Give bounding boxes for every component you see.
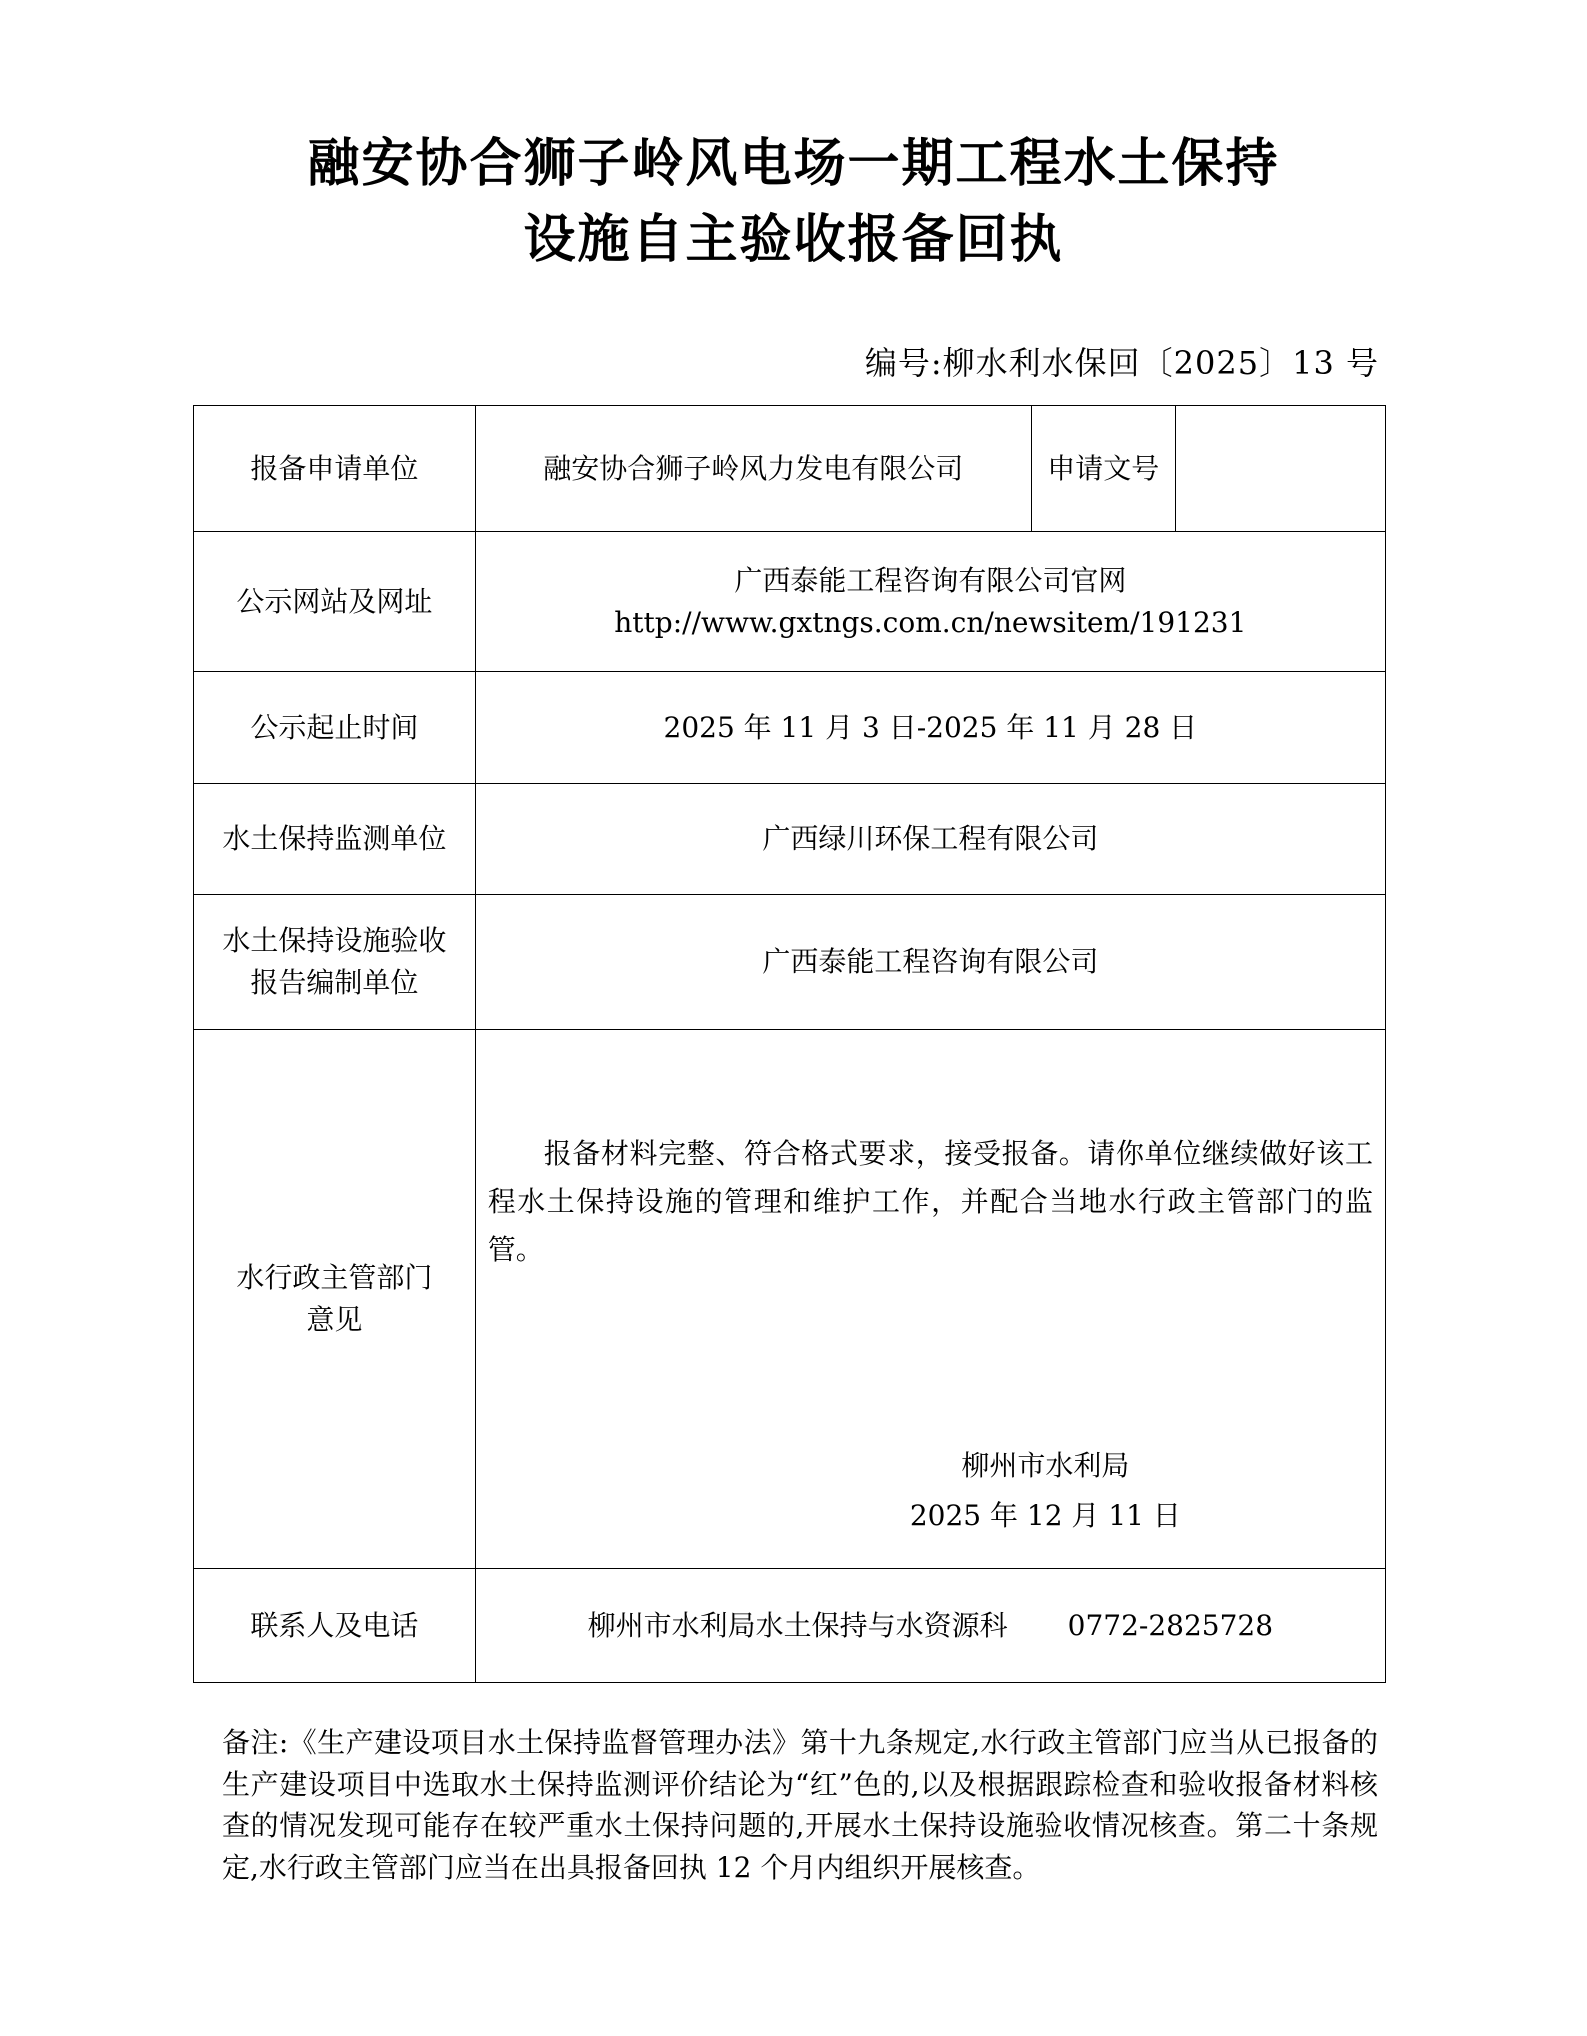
label-line: 意见 — [204, 1299, 465, 1341]
document-number: 编号:柳水利水保回〔2025〕13 号 — [865, 338, 1379, 384]
value-report-compiler: 广西泰能工程咨询有限公司 — [475, 895, 1385, 1030]
sign-date: 2025 年 12 月 11 日 — [476, 1495, 1385, 1537]
value-public-website: 广西泰能工程咨询有限公司官网 http://www.gxtngs.com.cn/… — [475, 532, 1385, 672]
label-public-website: 公示网站及网址 — [194, 532, 476, 672]
opinion-text: 报备材料完整、符合格式要求，接受报备。请你单位继续做好该工程水土保持设施的管理和… — [488, 1130, 1373, 1274]
label-publicity-period: 公示起止时间 — [194, 672, 476, 784]
remark-note: 备注:《生产建设项目水土保持监督管理办法》第十九条规定,水行政主管部门应当从已报… — [222, 1722, 1378, 1888]
table-row-publicity-period: 公示起止时间 2025 年 11 月 3 日-2025 年 11 月 28 日 — [194, 672, 1386, 784]
signer: 柳州市水利局 — [476, 1445, 1385, 1487]
table-row-website: 公示网站及网址 广西泰能工程咨询有限公司官网 http://www.gxtngs… — [194, 532, 1386, 672]
table-row-opinion: 水行政主管部门 意见 报备材料完整、符合格式要求，接受报备。请你单位继续做好该工… — [194, 1030, 1386, 1569]
label-monitoring-unit: 水土保持监测单位 — [194, 784, 476, 895]
website-url[interactable]: http://www.gxtngs.com.cn/newsitem/191231 — [486, 602, 1375, 644]
table-row-monitoring-unit: 水土保持监测单位 广西绿川环保工程有限公司 — [194, 784, 1386, 895]
label-contact: 联系人及电话 — [194, 1569, 476, 1683]
value-monitoring-unit: 广西绿川环保工程有限公司 — [475, 784, 1385, 895]
filing-receipt-table: 报备申请单位 融安协合狮子岭风力发电有限公司 申请文号 公示网站及网址 广西泰能… — [193, 405, 1386, 1683]
table-row-applicant: 报备申请单位 融安协合狮子岭风力发电有限公司 申请文号 — [194, 406, 1386, 532]
label-application-doc-no: 申请文号 — [1031, 406, 1175, 532]
value-publicity-period: 2025 年 11 月 3 日-2025 年 11 月 28 日 — [475, 672, 1385, 784]
label-line: 水土保持设施验收 — [204, 920, 465, 962]
value-application-doc-no — [1175, 406, 1385, 532]
label-authority-opinion: 水行政主管部门 意见 — [194, 1030, 476, 1569]
value-authority-opinion: 报备材料完整、符合格式要求，接受报备。请你单位继续做好该工程水土保持设施的管理和… — [475, 1030, 1385, 1569]
contact-phone: 0772-2825728 — [1068, 1609, 1273, 1642]
label-applicant-unit: 报备申请单位 — [194, 406, 476, 532]
table-row-contact: 联系人及电话 柳州市水利局水土保持与水资源科0772-2825728 — [194, 1569, 1386, 1683]
value-applicant-unit: 融安协合狮子岭风力发电有限公司 — [475, 406, 1031, 532]
value-contact: 柳州市水利局水土保持与水资源科0772-2825728 — [475, 1569, 1385, 1683]
label-line: 报告编制单位 — [204, 962, 465, 1004]
document-title-line1: 融安协合狮子岭风电场一期工程水土保持 — [0, 134, 1587, 194]
label-line: 水行政主管部门 — [204, 1257, 465, 1299]
website-name: 广西泰能工程咨询有限公司官网 — [486, 560, 1375, 602]
label-report-compiler: 水土保持设施验收 报告编制单位 — [194, 895, 476, 1030]
table-row-report-compiler: 水土保持设施验收 报告编制单位 广西泰能工程咨询有限公司 — [194, 895, 1386, 1030]
contact-org: 柳州市水利局水土保持与水资源科 — [588, 1605, 1008, 1647]
document-title-line2: 设施自主验收报备回执 — [0, 210, 1587, 270]
